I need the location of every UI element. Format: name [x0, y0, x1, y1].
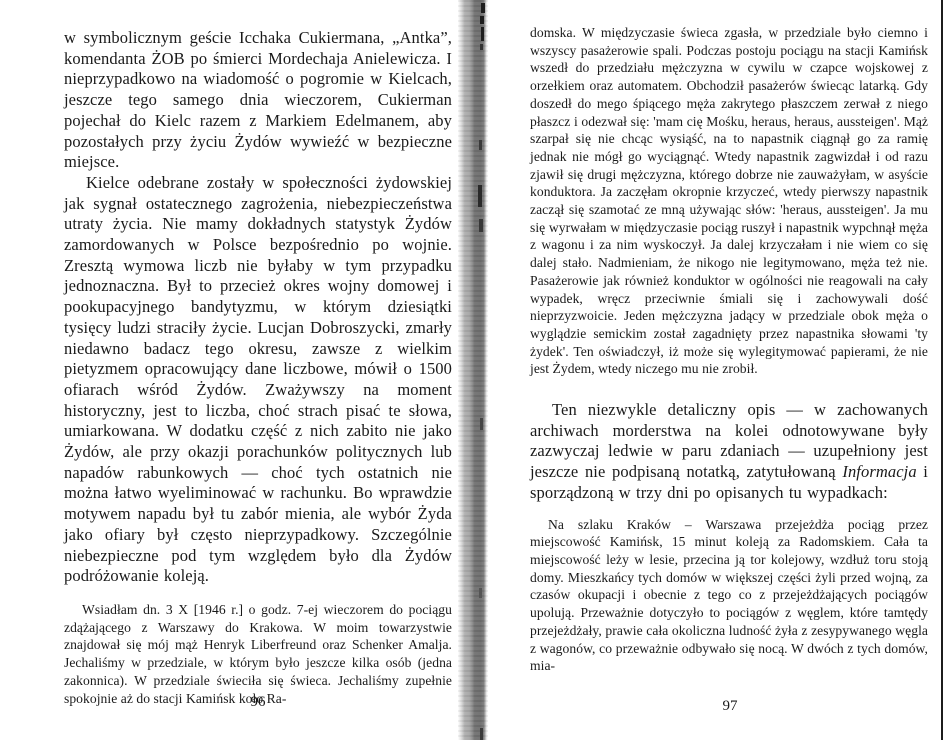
gutter-ink-mark	[480, 16, 484, 24]
book-gutter-shadow	[458, 0, 488, 740]
book-spread: w symbolicznym geście Icchaka Cukiermana…	[0, 0, 946, 740]
gutter-ink-mark	[480, 44, 483, 50]
left-continuation-paragraph: w symbolicznym geście Icchaka Cukiermana…	[64, 28, 452, 173]
gutter-ink-mark	[479, 140, 482, 150]
left-witness-quote: Wsiadłam dn. 3 X [1946 r.] o godz. 7-ej …	[64, 601, 452, 707]
right-body-paragraph: Ten niezwykle detaliczny opis — w zachow…	[530, 400, 928, 504]
right-witness-quote-continuation: domska. W międzyczasie świeca zgasła, w …	[530, 24, 928, 378]
right-note-quote: Na szlaku Kraków – Warszawa przejeżdża p…	[530, 516, 928, 675]
scan-edge-line	[941, 0, 943, 740]
gutter-ink-mark	[479, 219, 483, 232]
left-body-paragraph: Kielce odebrane zostały w społeczności ż…	[64, 173, 452, 587]
gutter-ink-mark	[481, 3, 485, 13]
page-right: domska. W międzyczasie świeca zgasła, w …	[530, 24, 928, 675]
gutter-ink-mark	[481, 27, 484, 41]
gutter-ink-mark	[480, 728, 483, 740]
gutter-ink-mark	[479, 588, 482, 598]
page-left: w symbolicznym geście Icchaka Cukiermana…	[64, 28, 452, 707]
gutter-ink-mark	[480, 418, 483, 430]
right-body-italic-title: Informacja	[842, 462, 916, 481]
page-number-left: 96	[234, 694, 282, 711]
page-number-right: 97	[706, 698, 754, 715]
gutter-ink-mark	[478, 185, 482, 207]
